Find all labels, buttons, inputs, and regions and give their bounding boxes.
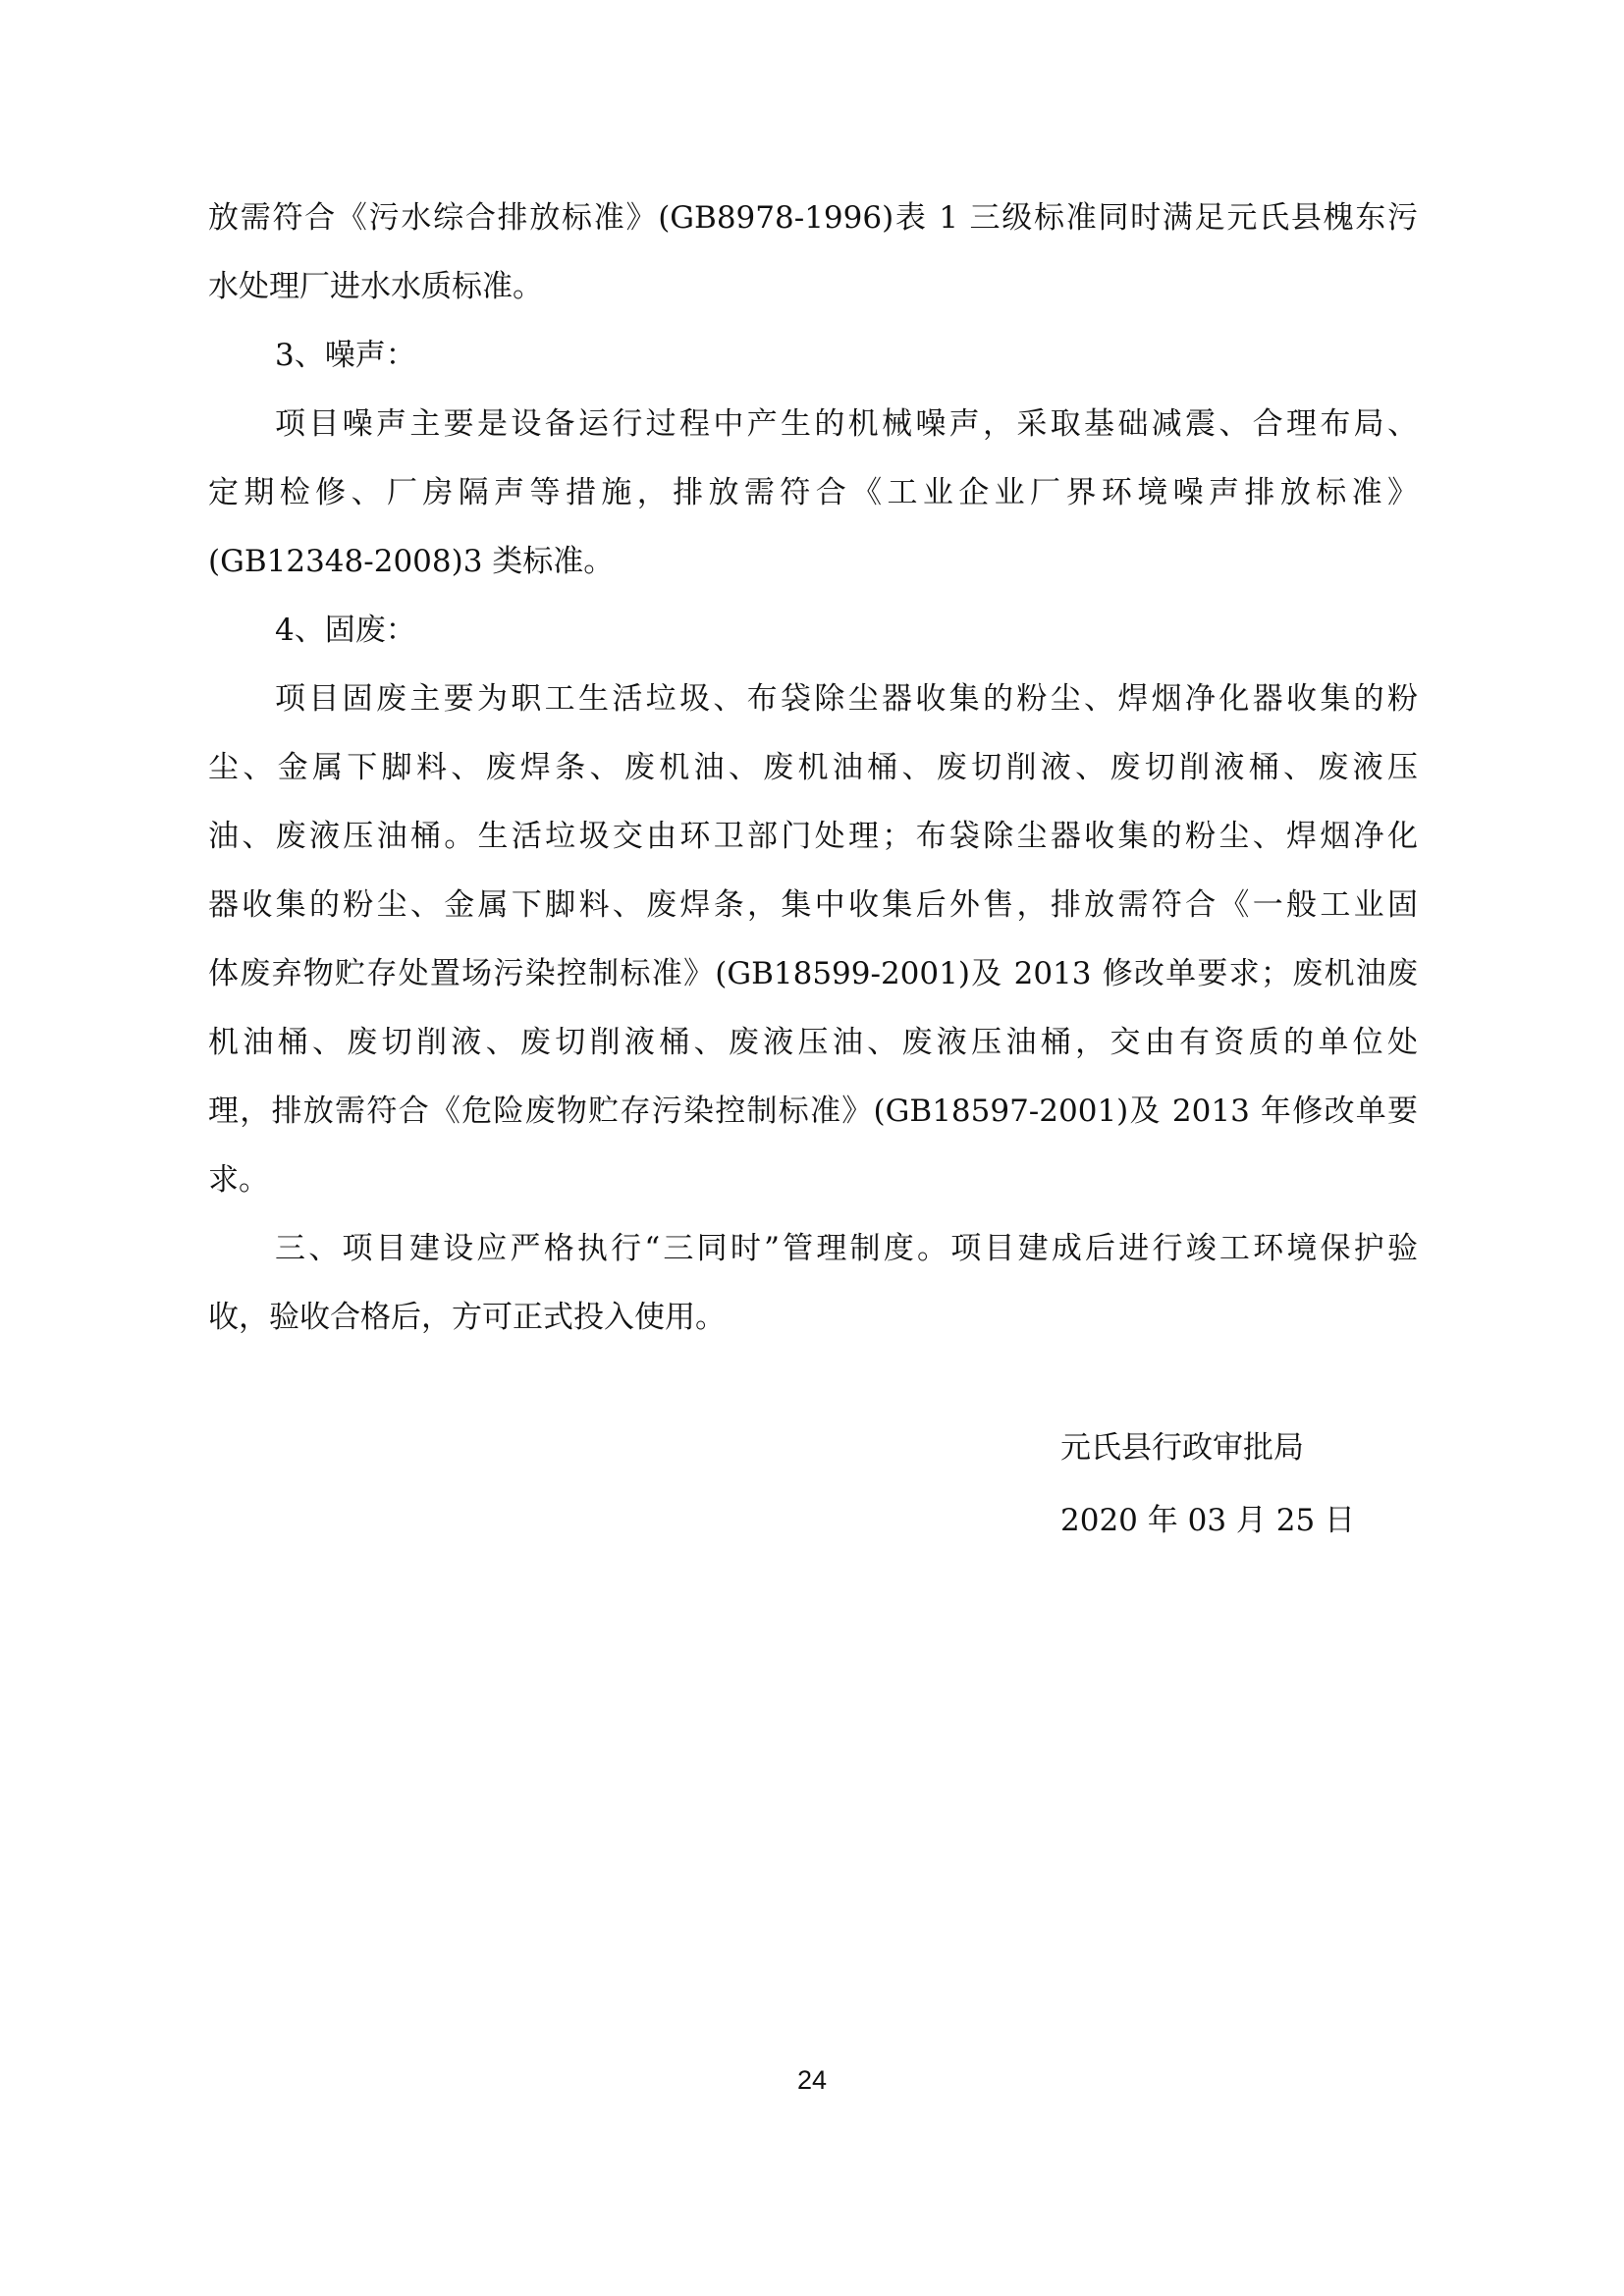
heading-line: 3、噪声： bbox=[208, 321, 1418, 390]
text-line: (GB12348-2008)3 类标准。 bbox=[208, 527, 1418, 596]
text-line: 机油桶、废切削液、废切削液桶、废液压油、废液压油桶，交由有资质的单位处 bbox=[208, 1008, 1418, 1077]
heading-line: 4、固废： bbox=[208, 596, 1418, 665]
document-body: 放需符合《污水综合排放标准》(GB8978-1996)表 1 三级标准同时满足元… bbox=[208, 184, 1418, 1352]
text-line: 定期检修、厂房隔声等措施，排放需符合《工业企业厂界环境噪声排放标准》 bbox=[208, 458, 1418, 527]
document-page: 放需符合《污水综合排放标准》(GB8978-1996)表 1 三级标准同时满足元… bbox=[0, 0, 1624, 2296]
section-heading-noise: 3、噪声： bbox=[208, 321, 1418, 390]
text-line: 求。 bbox=[208, 1146, 1418, 1214]
text-line: 器收集的粉尘、金属下脚料、废焊条，集中收集后外售，排放需符合《一般工业固 bbox=[208, 871, 1418, 939]
text-line: 三、项目建设应严格执行“三同时”管理制度。项目建成后进行竣工环境保护验 bbox=[208, 1214, 1418, 1283]
text-line: 油、废液压油桶。生活垃圾交由环卫部门处理；布袋除尘器收集的粉尘、焊烟净化 bbox=[208, 802, 1418, 871]
text-line: 水处理厂进水水质标准。 bbox=[208, 252, 1418, 321]
page-number: 24 bbox=[0, 2065, 1624, 2096]
text-line: 理，排放需符合《危险废物贮存污染控制标准》(GB18597-2001)及 201… bbox=[208, 1077, 1418, 1146]
page-number-text: 24 bbox=[797, 2065, 827, 2096]
text-line: 体废弃物贮存处置场污染控制标准》(GB18599-2001)及 2013 修改单… bbox=[208, 939, 1418, 1008]
paragraph-solid-waste: 项目固废主要为职工生活垃圾、布袋除尘器收集的粉尘、焊烟净化器收集的粉 尘、金属下… bbox=[208, 665, 1418, 1214]
section-heading-solid-waste: 4、固废： bbox=[208, 596, 1418, 665]
signature-block: 元氏县行政审批局 2020 年 03 月 25 日 bbox=[1060, 1414, 1355, 1559]
text-line: 项目噪声主要是设备运行过程中产生的机械噪声，采取基础减震、合理布局、 bbox=[208, 390, 1418, 458]
paragraph-noise: 项目噪声主要是设备运行过程中产生的机械噪声，采取基础减震、合理布局、 定期检修、… bbox=[208, 390, 1418, 596]
text-line: 放需符合《污水综合排放标准》(GB8978-1996)表 1 三级标准同时满足元… bbox=[208, 184, 1418, 252]
paragraph-wastewater-continued: 放需符合《污水综合排放标准》(GB8978-1996)表 1 三级标准同时满足元… bbox=[208, 184, 1418, 321]
text-line: 项目固废主要为职工生活垃圾、布袋除尘器收集的粉尘、焊烟净化器收集的粉 bbox=[208, 665, 1418, 733]
text-line: 收，验收合格后，方可正式投入使用。 bbox=[208, 1283, 1418, 1352]
text-line: 尘、金属下脚料、废焊条、废机油、废机油桶、废切削液、废切削液桶、废液压 bbox=[208, 733, 1418, 802]
issuing-authority: 元氏县行政审批局 bbox=[1060, 1414, 1355, 1486]
paragraph-three-simultaneous: 三、项目建设应严格执行“三同时”管理制度。项目建成后进行竣工环境保护验 收，验收… bbox=[208, 1214, 1418, 1352]
issue-date: 2020 年 03 月 25 日 bbox=[1060, 1486, 1355, 1559]
